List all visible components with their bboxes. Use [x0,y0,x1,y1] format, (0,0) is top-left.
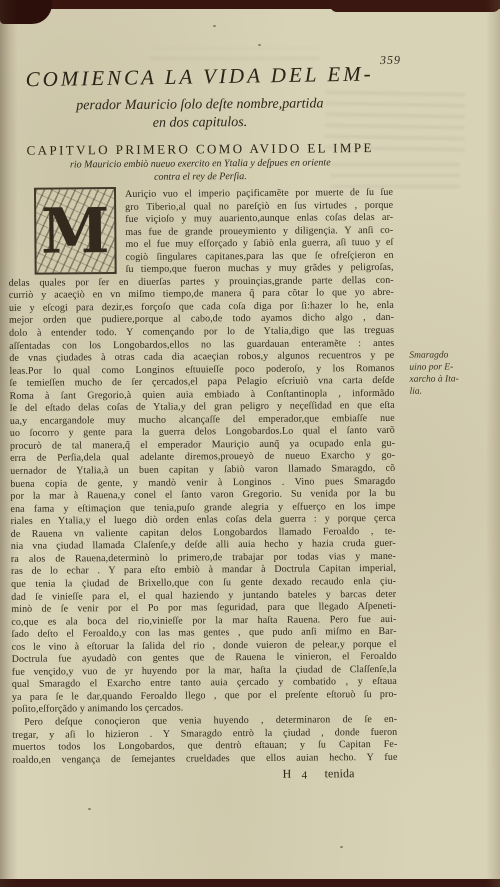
section-title-line-3: en dos capitulos. [7,113,392,134]
paragraph-1-indented: Auriçio vuo el imperio paçificamẽte por … [125,187,394,277]
chapter-heading-line-1: CAPITVLO PRIMERO COMO AVIDO EL IMPE [8,140,393,159]
signature-line: H 4 tenida [13,767,398,786]
body-text-block: M Auriçio vuo el imperio paçificamẽte po… [8,187,398,786]
drop-cap-woodcut: M [34,187,117,275]
chapter-heading: CAPITVLO PRIMERO COMO AVIDO EL IMPE rio … [8,140,393,185]
section-title-line-1: COMIENCA LA VIDA DEL EM- [7,61,392,92]
drop-cap-letter: M [41,200,110,263]
margin-note-line: lia. [410,385,490,398]
section-title: COMIENCA LA VIDA DEL EM- perador Maurici… [7,63,393,134]
paragraph-1-full: delas quales por ſer en diuerſas partes … [9,275,397,705]
paragraph-2: Pero deſque conoçieron que venia huyendo… [12,714,397,767]
signature-number: 4 [302,770,308,783]
catchword: tenida [325,767,355,780]
book-page: 359 COMIENCA LA VIDA DEL EM- perador Mau… [0,0,500,887]
chapter-heading-line-3: contra el rey de Perſia. [8,169,393,185]
body-text-line: roaldo,en vengança de ſemejantes cruelda… [12,751,397,767]
signature-mark: H [283,768,292,781]
margin-note-line: Smaragdo [409,349,489,362]
margin-note-line: xarcho à Ita- [409,373,489,386]
margin-note: Smaragdouino por E-xarcho à Ita-lia. [409,349,489,398]
margin-note-line: uino por E- [409,361,489,374]
